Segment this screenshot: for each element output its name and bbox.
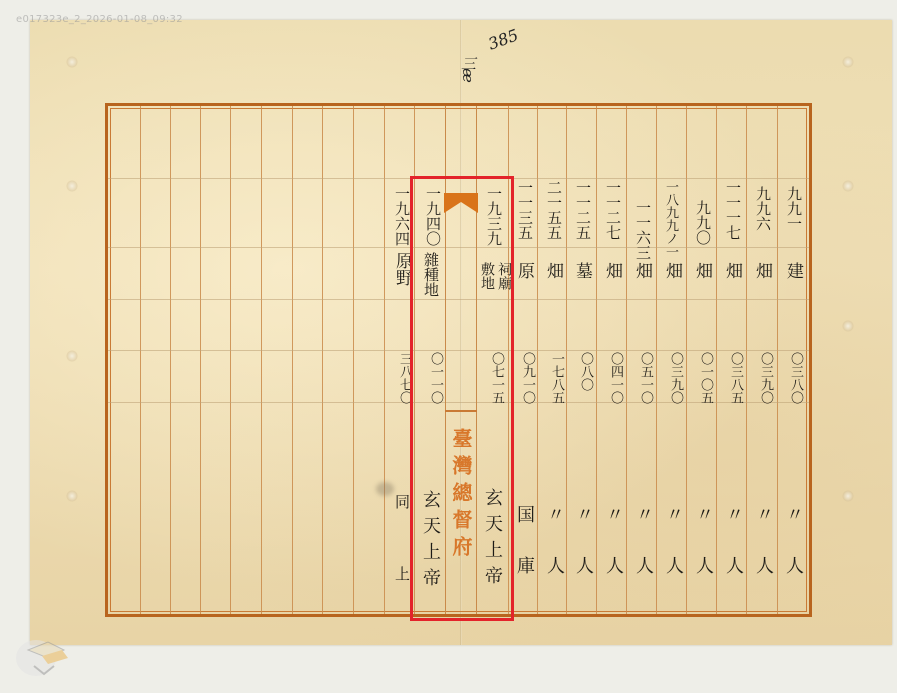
column-rule — [261, 106, 262, 614]
pin-hole — [66, 180, 78, 192]
column-rule — [384, 106, 385, 614]
owner-ditto: 〃 — [721, 505, 745, 523]
land-type: 畑 — [750, 262, 774, 279]
owner-line1: 国 — [512, 505, 536, 523]
lot-number: 一一六三 — [631, 200, 655, 260]
scan-watermark: e017323e_2_2026-01-08_09:32 — [16, 14, 183, 25]
owner-line2: 人 — [661, 556, 685, 574]
land-type: 原 — [512, 262, 536, 279]
area: 〇三八五 — [723, 352, 747, 404]
lot-number: 一一二五 — [571, 180, 595, 240]
pin-hole — [842, 320, 854, 332]
land-type: 畑 — [660, 262, 684, 279]
archive-logo-icon — [14, 628, 76, 680]
owner-ditto: 〃 — [601, 505, 625, 523]
lot-number: 九九〇 — [691, 200, 715, 245]
area: 〇三八〇 — [783, 352, 807, 404]
column-rule — [353, 106, 354, 614]
area: 一七八五 — [544, 352, 568, 404]
ink-stain — [376, 482, 394, 496]
vertical-annotation: 三ee — [458, 56, 479, 80]
owner-line2: 人 — [721, 556, 745, 574]
lot-number: 一一一七 — [721, 180, 745, 240]
column-rule — [170, 106, 171, 614]
area: 〇四一〇 — [603, 352, 627, 404]
land-type: 畑 — [600, 262, 624, 279]
highlight-box — [410, 176, 514, 621]
owner-ditto: 〃 — [631, 505, 655, 523]
owner-line2: 人 — [691, 556, 715, 574]
pin-hole — [842, 180, 854, 192]
owner-ditto: 〃 — [542, 505, 566, 523]
land-type: 畑 — [720, 262, 744, 279]
owner-line2: 人 — [631, 556, 655, 574]
owner-line2: 人 — [571, 556, 595, 574]
owner-ditto: 〃 — [781, 505, 805, 523]
owner-line2: 人 — [542, 556, 566, 574]
owner-ditto: 〃 — [751, 505, 775, 523]
owner-line2: 庫 — [512, 556, 536, 574]
column-rule — [777, 106, 778, 614]
land-type: 畑 — [541, 262, 565, 279]
column-rule — [200, 106, 201, 614]
column-rule — [230, 106, 231, 614]
land-type: 墓 — [570, 262, 594, 279]
lot-number: 二一五五 — [542, 180, 566, 240]
land-type: 畑 — [690, 262, 714, 279]
owner-ditto: 〃 — [661, 505, 685, 523]
owner-line2: 人 — [751, 556, 775, 574]
pin-hole — [842, 56, 854, 68]
pin-hole — [842, 490, 854, 502]
land-type: 建 — [781, 262, 805, 279]
pin-hole — [66, 56, 78, 68]
owner-line2: 人 — [601, 556, 625, 574]
pin-hole — [66, 490, 78, 502]
owner-ditto: 〃 — [571, 505, 595, 523]
lot-number: 一一三五 — [513, 180, 537, 240]
column-rule — [322, 106, 323, 614]
area: 〇三九〇 — [663, 352, 687, 404]
area: 〇八〇 — [573, 352, 597, 391]
lot-number: 九九六 — [751, 186, 775, 231]
lot-number: 一一二七 — [601, 180, 625, 240]
column-rule — [292, 106, 293, 614]
area: 〇一〇五 — [693, 352, 717, 404]
lot-number: 一八九九ノ一 — [661, 180, 679, 258]
owner-line2: 人 — [781, 556, 805, 574]
lot-number: 九九一 — [782, 186, 806, 231]
land-type: 畑 — [630, 262, 654, 279]
area: 〇九一〇 — [515, 352, 539, 404]
area: 〇五一〇 — [633, 352, 657, 404]
pin-hole — [66, 350, 78, 362]
column-rule — [140, 106, 141, 614]
area: 〇三九〇 — [753, 352, 777, 404]
owner-ditto: 〃 — [691, 505, 715, 523]
